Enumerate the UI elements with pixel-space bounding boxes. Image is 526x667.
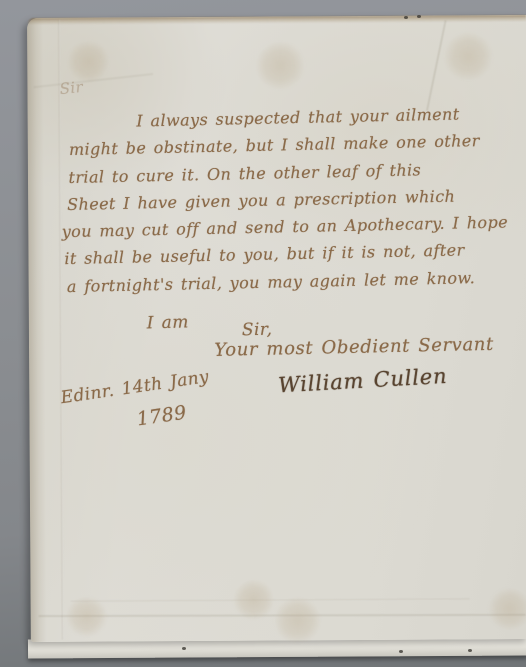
- scanned-letter-photo: Sir I always suspected that your ailment…: [0, 0, 526, 667]
- dateline-place: Edinr. 14th Jany: [59, 367, 210, 408]
- edge-speck: [404, 16, 408, 19]
- signature-william-cullen: William Cullen: [278, 364, 448, 398]
- edge-speck: [399, 650, 403, 653]
- handwriting-layer: Sir I always suspected that your ailment…: [22, 11, 526, 646]
- letter-line: it shall be useful to you, but if it is …: [64, 240, 465, 268]
- letter-line: a fortnight's trial, you may again let m…: [67, 268, 476, 296]
- edge-speck: [468, 649, 472, 652]
- edge-speck: [417, 15, 421, 18]
- dateline-year: 1789: [135, 402, 188, 431]
- letter-line: Sheet I have given you a prescription wh…: [67, 187, 456, 214]
- letter-page: Sir I always suspected that your ailment…: [27, 15, 526, 642]
- letter-line: might be obstinate, but I shall make one…: [69, 131, 480, 159]
- letter-line: you may cut off and send to an Apothecar…: [62, 212, 509, 241]
- letter-line: trial to cure it. On the other leaf of t…: [68, 160, 421, 187]
- closing-sir: Sir,: [242, 320, 273, 341]
- salutation-faint: Sir: [59, 78, 84, 98]
- letter-line: I always suspected that your ailment: [136, 104, 460, 130]
- edge-speck: [182, 647, 186, 650]
- closing-i-am: I am: [147, 312, 189, 333]
